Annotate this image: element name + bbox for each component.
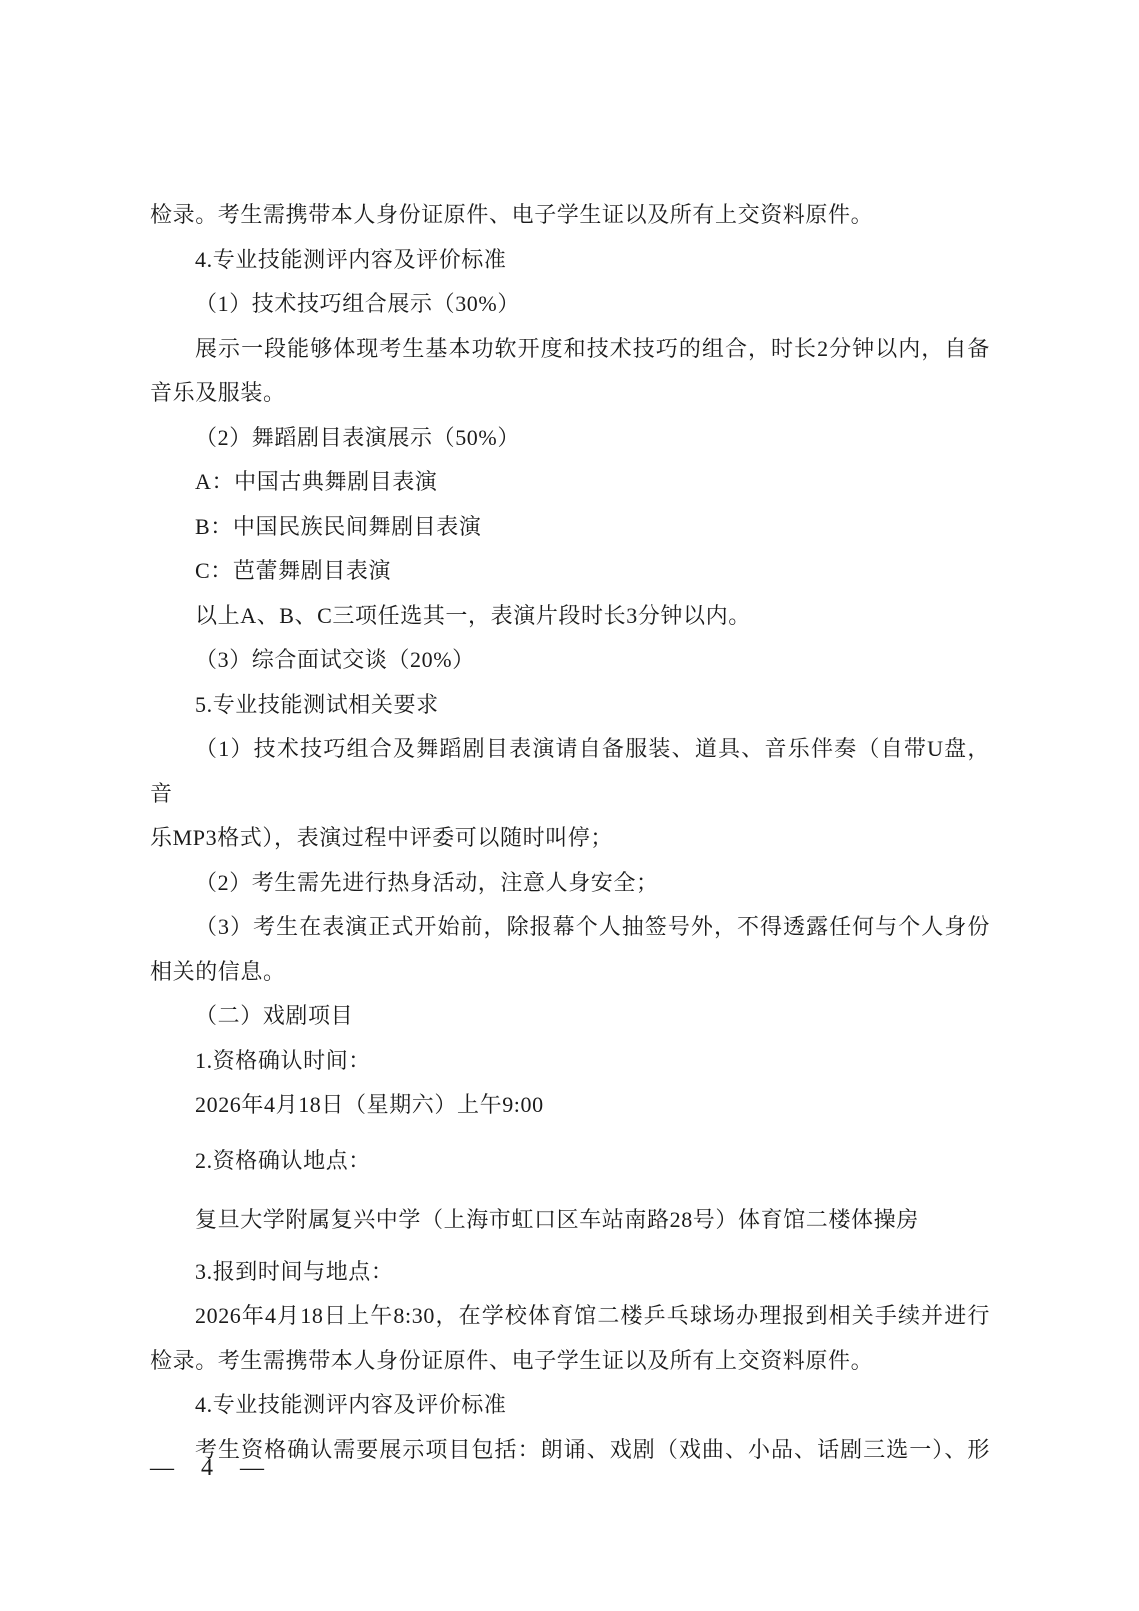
page-number: 4 (201, 1455, 213, 1482)
text-line: 1.资格确认时间： (150, 1039, 990, 1084)
footer-dash: — (240, 1455, 264, 1482)
text-line: 检录。考生需携带本人身份证原件、电子学生证以及所有上交资料原件。 (150, 193, 990, 238)
text-line: （2）舞蹈剧目表演展示（50%） (150, 416, 990, 461)
footer-dash: — (150, 1455, 174, 1482)
text-line: 检录。考生需携带本人身份证原件、电子学生证以及所有上交资料原件。 (150, 1339, 990, 1384)
text-line: 展示一段能够体现考生基本功软开度和技术技巧的组合，时长2分钟以内，自备 (150, 327, 990, 372)
list-item: C：芭蕾舞剧目表演 (150, 549, 990, 594)
text-line: 复旦大学附属复兴中学（上海市虹口区车站南路28号）体育馆二楼体操房 (150, 1198, 990, 1243)
document-page: 检录。考生需携带本人身份证原件、电子学生证以及所有上交资料原件。 4.专业技能测… (0, 0, 1139, 1611)
text-line: （2）考生需先进行热身活动，注意人身安全； (150, 861, 990, 906)
text-line: （1）技术技巧组合及舞蹈剧目表演请自备服装、道具、音乐伴奏（自带U盘，音 (150, 727, 990, 816)
document-body: 检录。考生需携带本人身份证原件、电子学生证以及所有上交资料原件。 4.专业技能测… (150, 193, 990, 1472)
list-item: B：中国民族民间舞剧目表演 (150, 505, 990, 550)
text-line: （1）技术技巧组合展示（30%） (150, 282, 990, 327)
section-heading: 4.专业技能测评内容及评价标准 (150, 1383, 990, 1428)
text-line: 相关的信息。 (150, 950, 990, 995)
text-line: 2026年4月18日（星期六）上午9:00 (150, 1083, 990, 1128)
text-line: 3.报到时间与地点： (150, 1250, 990, 1295)
section-heading: 5.专业技能测试相关要求 (150, 683, 990, 728)
section-heading: （二）戏剧项目 (150, 994, 990, 1039)
text-line: 2.资格确认地点： (150, 1139, 990, 1184)
list-item: A：中国古典舞剧目表演 (150, 460, 990, 505)
text-line: （3）综合面试交谈（20%） (150, 638, 990, 683)
text-line: 以上A、B、C三项任选其一，表演片段时长3分钟以内。 (150, 594, 990, 639)
text-line: 2026年4月18日上午8:30，在学校体育馆二楼乒乓球场办理报到相关手续并进行 (150, 1294, 990, 1339)
section-heading: 4.专业技能测评内容及评价标准 (150, 238, 990, 283)
text-line: （3）考生在表演正式开始前，除报幕个人抽签号外，不得透露任何与个人身份 (150, 905, 990, 950)
page-footer: — 4 — (150, 1446, 264, 1490)
text-line: 考生资格确认需要展示项目包括：朗诵、戏剧（戏曲、小品、话剧三选一）、形 (150, 1428, 990, 1473)
text-line: 乐MP3格式），表演过程中评委可以随时叫停； (150, 816, 990, 861)
text-line: 音乐及服装。 (150, 371, 990, 416)
